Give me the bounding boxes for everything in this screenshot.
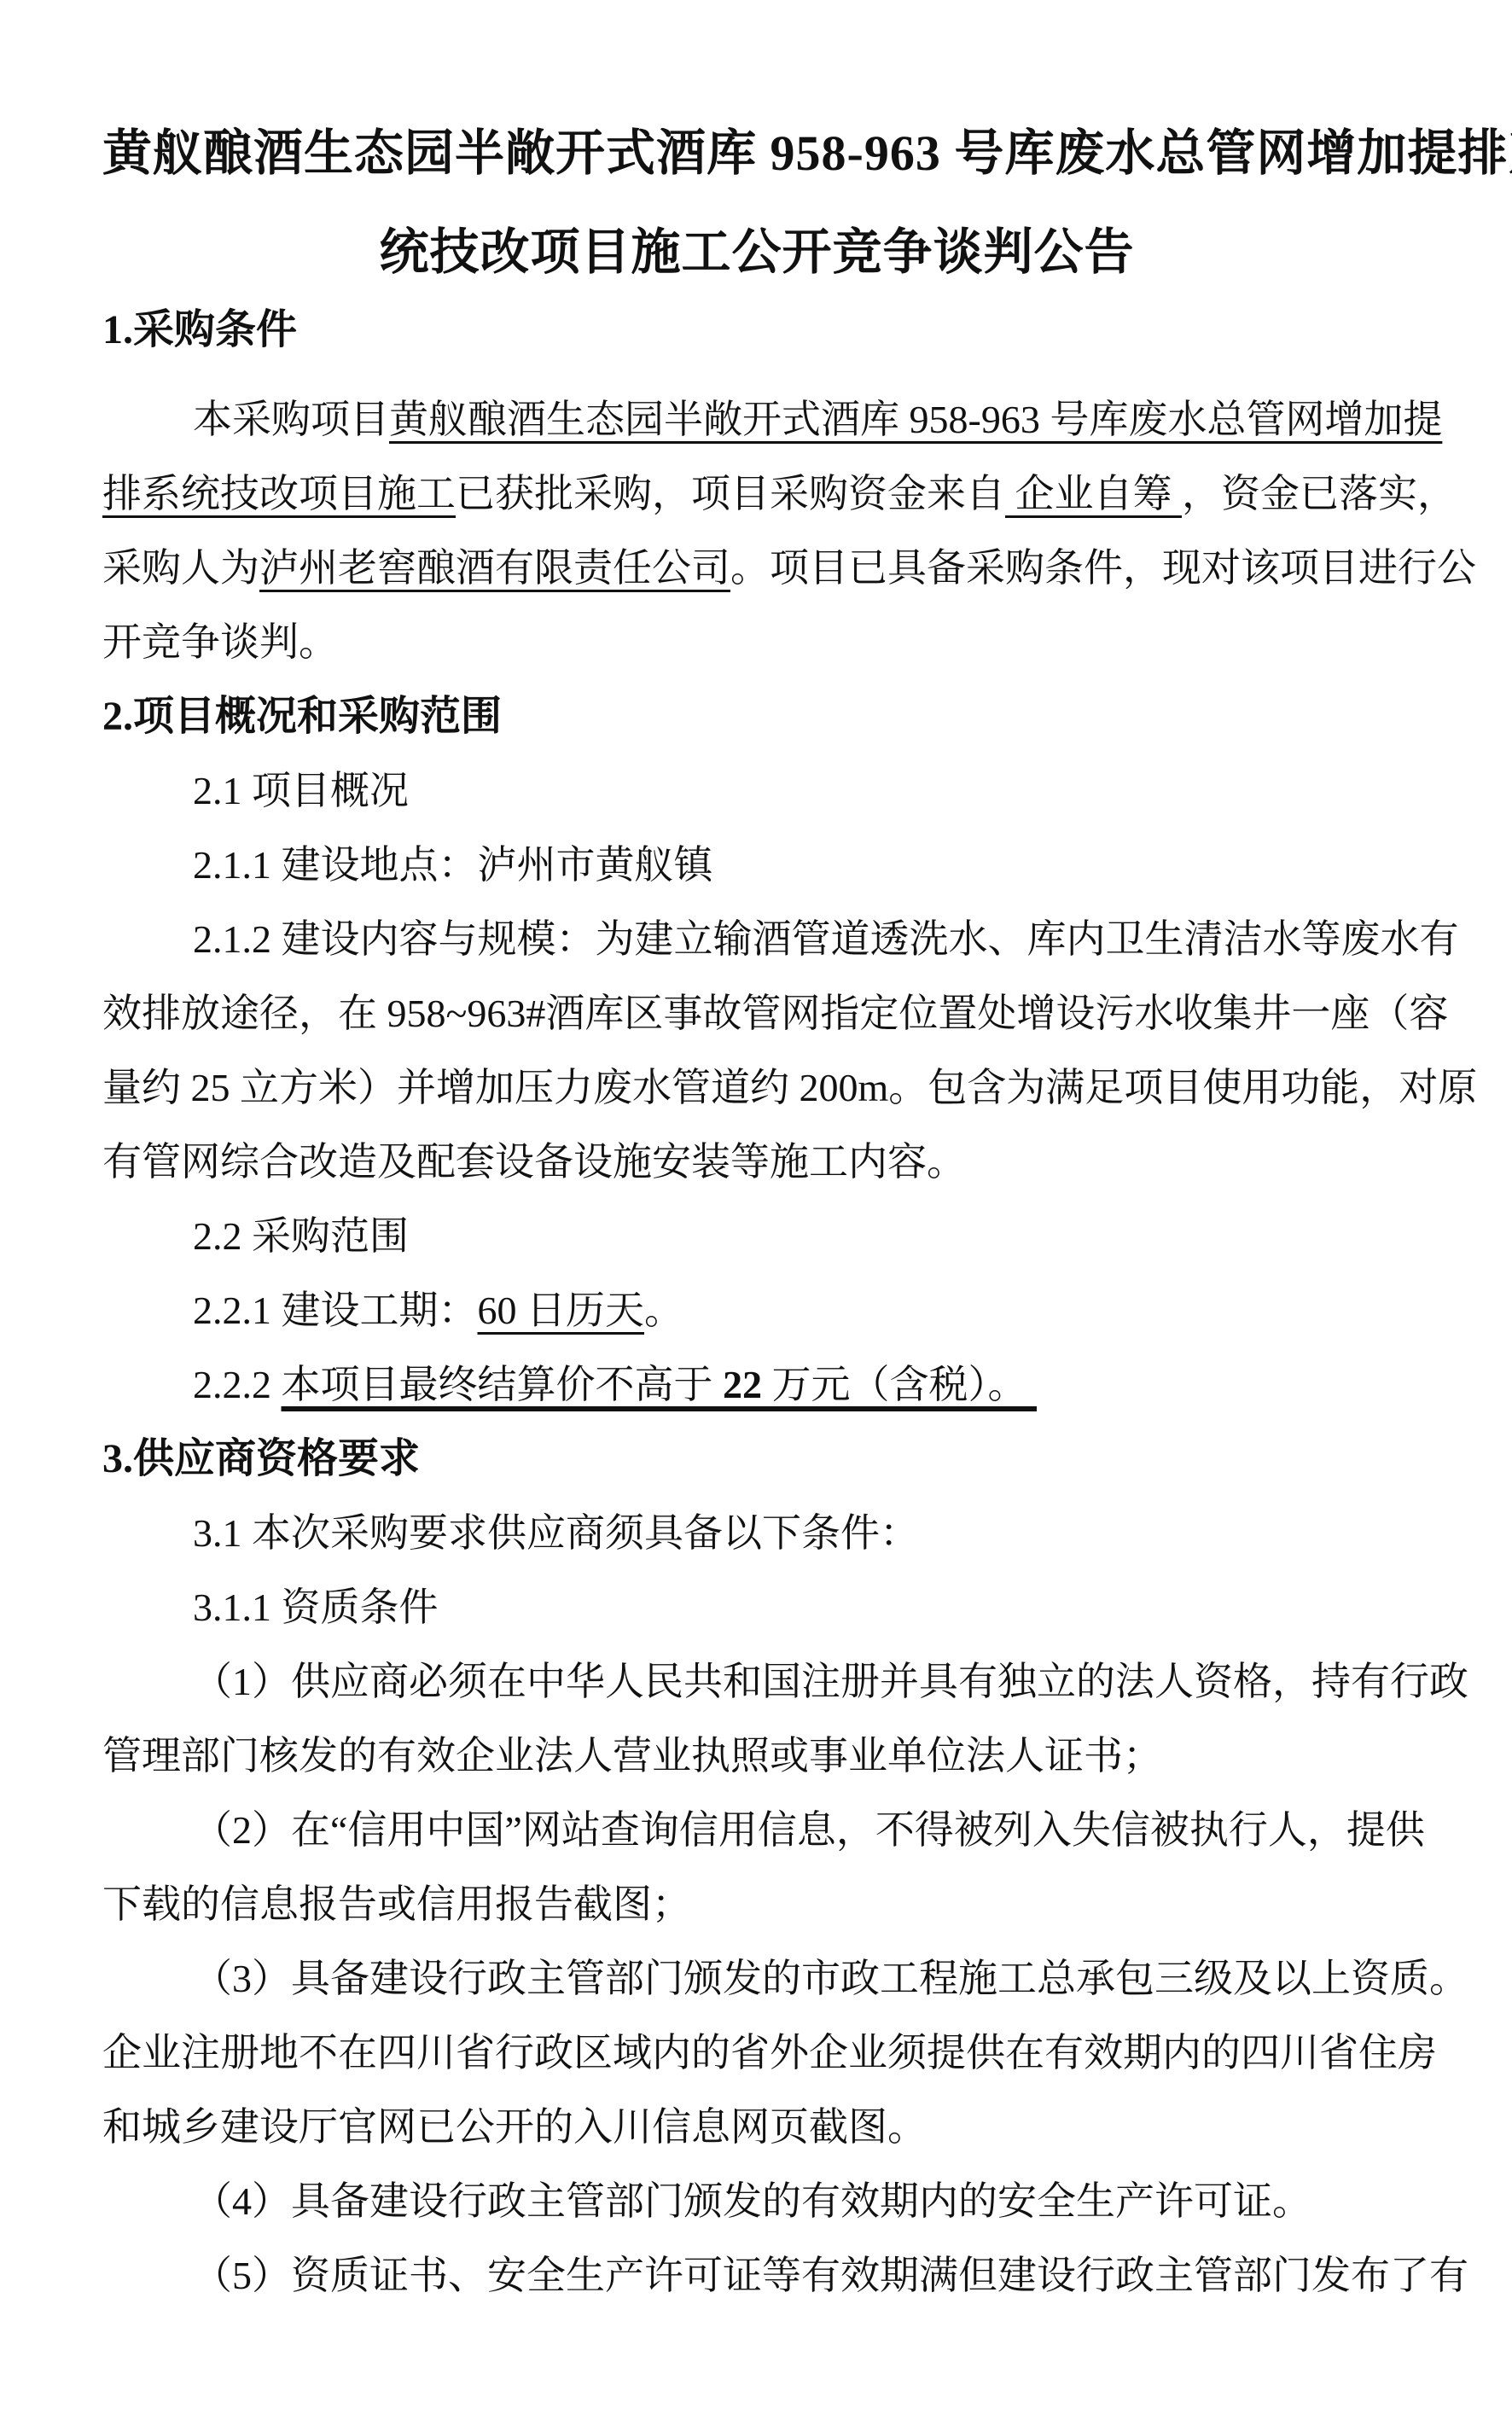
text-segment: 企业注册地不在四川省行政区域内的省外企业须提供在有效期内的四川省住房 (102, 2031, 1437, 2074)
text-segment: 3.供应商资格要求 (102, 1436, 420, 1481)
text-segment: 2.1 项目概况 (193, 769, 409, 812)
paragraph-line: 采购人为泸州老窖酿酒有限责任公司。项目已具备采购条件，现对该项目进行公 (102, 531, 1411, 605)
text-segment-underlined: 企业自筹 (1005, 472, 1182, 515)
paragraph-line: 排系统技改项目施工已获批采购，项目采购资金来自 企业自筹 ，资金已落实， (102, 457, 1411, 531)
text-segment: 开竞争谈判。 (102, 620, 338, 664)
paragraph-line: 3.1.1 资质条件 (102, 1570, 1411, 1644)
paragraph-line: （5）资质证书、安全生产许可证等有效期满但建设行政主管部门发布了有 (102, 2238, 1411, 2313)
text-segment-underlined: 本项目最终结算价不高于 (282, 1363, 724, 1406)
text-segment: （2）在“信用中国”网站查询信用信息，不得被列入失信被执行人，提供 (193, 1808, 1425, 1852)
text-segment: 量约 25 立方米）并增加压力废水管道约 200m。包含为满足项目使用功能，对原 (102, 1066, 1477, 1109)
text-segment: （4）具备建设行政主管部门颁发的有效期内的安全生产许可证。 (193, 2179, 1311, 2223)
paragraph-line: 2.1.2 建设内容与规模：为建立输酒管道透洗水、库内卫生清洁水等废水有 (102, 902, 1411, 976)
text-segment-underlined: 60 日历天 (478, 1289, 645, 1332)
paragraph-line: 2.2.1 建设工期：60 日历天。 (102, 1273, 1411, 1347)
text-segment: 和城乡建设厅官网已公开的入川信息网页截图。 (102, 2105, 927, 2149)
paragraph-line: 本采购项目黄舣酿酒生态园半敞开式酒库 958-963 号库废水总管网增加提 (102, 382, 1411, 457)
text-segment: （3）具备建设行政主管部门颁发的市政工程施工总承包三级及以上资质。 (193, 1957, 1468, 2000)
document-title: 黄舣酿酒生态园半敞开式酒库 958-963 号库废水总管网增加提排系统技改项目施… (102, 104, 1411, 302)
text-segment-underlined: 泸州老窖酿酒有限责任公司 (259, 546, 730, 590)
text-segment: 有管网综合改造及配套设备设施安装等施工内容。 (102, 1140, 966, 1184)
paragraph-line: 2.2 采购范围 (102, 1199, 1411, 1273)
text-segment: 3.1 本次采购要求供应商须具备以下条件： (193, 1511, 919, 1555)
paragraph-line: 量约 25 立方米）并增加压力废水管道约 200m。包含为满足项目使用功能，对原 (102, 1050, 1411, 1125)
text-segment-underlined: 22 (723, 1363, 762, 1406)
text-segment: 2.2.1 建设工期： (193, 1289, 478, 1332)
paragraph-line: 3.1 本次采购要求供应商须具备以下条件： (102, 1496, 1411, 1570)
paragraph-line: （3）具备建设行政主管部门颁发的市政工程施工总承包三级及以上资质。 (102, 1941, 1411, 2016)
text-segment: 。 (644, 1289, 683, 1332)
document-title-line: 统技改项目施工公开竞争谈判公告 (102, 203, 1411, 302)
paragraph-line: 2.2.2 本项目最终结算价不高于 22 万元（含税）。 (102, 1347, 1411, 1422)
paragraph-line: 效排放途径，在 958~963#酒库区事故管网指定位置处增设污水收集井一座（容 (102, 976, 1411, 1050)
text-segment: 3.1.1 资质条件 (193, 1585, 439, 1629)
paragraph-line: 2.1 项目概况 (102, 753, 1411, 828)
paragraph-line: 企业注册地不在四川省行政区域内的省外企业须提供在有效期内的四川省住房 (102, 2016, 1411, 2090)
text-segment: （5）资质证书、安全生产许可证等有效期满但建设行政主管部门发布了有 (193, 2254, 1468, 2297)
text-segment-underlined: 排系统技改项目施工 (102, 472, 456, 515)
document-title-line: 黄舣酿酒生态园半敞开式酒库 958-963 号库废水总管网增加提排系 (102, 104, 1411, 203)
text-segment: 管理部门核发的有效企业法人营业执照或事业单位法人证书； (102, 1734, 1162, 1777)
section-heading: 3.供应商资格要求 (102, 1422, 1411, 1496)
text-segment: 本采购项目 (193, 398, 389, 441)
text-segment: ，资金已落实， (1182, 472, 1457, 515)
text-segment: （1）供应商必须在中华人民共和国注册并具有独立的法人资格，持有行政 (193, 1660, 1468, 1703)
paragraph-line: （4）具备建设行政主管部门颁发的有效期内的安全生产许可证。 (102, 2164, 1411, 2238)
text-segment: 2.2.2 (193, 1363, 282, 1406)
text-segment: 2.1.2 建设内容与规模：为建立输酒管道透洗水、库内卫生清洁水等废水有 (193, 917, 1459, 961)
document-body: 1.采购条件本采购项目黄舣酿酒生态园半敞开式酒库 958-963 号库废水总管网… (102, 308, 1411, 2313)
text-segment: 已获批采购，项目采购资金来自 (456, 472, 1005, 515)
text-segment: 2.2 采购范围 (193, 1214, 409, 1258)
text-segment: 1.采购条件 (102, 307, 297, 352)
paragraph-line: （1）供应商必须在中华人民共和国注册并具有独立的法人资格，持有行政 (102, 1644, 1411, 1719)
paragraph-line: 2.1.1 建设地点：泸州市黄舣镇 (102, 828, 1411, 902)
section-heading: 2.项目概况和采购范围 (102, 679, 1411, 753)
paragraph-line: （2）在“信用中国”网站查询信用信息，不得被列入失信被执行人，提供 (102, 1793, 1411, 1867)
text-segment: 2.1.1 建设地点：泸州市黄舣镇 (193, 843, 713, 887)
paragraph-line: 和城乡建设厅官网已公开的入川信息网页截图。 (102, 2090, 1411, 2164)
text-segment: 采购人为 (102, 546, 259, 590)
paragraph-line: 开竞争谈判。 (102, 605, 1411, 679)
text-segment-underlined: 黄舣酿酒生态园半敞开式酒库 958-963 号库废水总管网增加提 (389, 398, 1442, 441)
paragraph-line: 下载的信息报告或信用报告截图； (102, 1867, 1411, 1941)
paragraph-line: 管理部门核发的有效企业法人营业执照或事业单位法人证书； (102, 1719, 1411, 1793)
text-segment: 效排放途径，在 958~963#酒库区事故管网指定位置处增设污水收集井一座（容 (102, 992, 1448, 1035)
text-segment: 2.项目概况和采购范围 (102, 694, 502, 739)
document-page: 黄舣酿酒生态园半敞开式酒库 958-963 号库废水总管网增加提排系统技改项目施… (0, 0, 1512, 2432)
text-segment: 下载的信息报告或信用报告截图； (102, 1882, 691, 1926)
text-segment: 。项目已具备采购条件，现对该项目进行公 (730, 546, 1476, 590)
text-segment-underlined: 万元（含税）。 (762, 1363, 1037, 1406)
paragraph-line: 有管网综合改造及配套设备设施安装等施工内容。 (102, 1125, 1411, 1199)
section-heading: 1.采购条件 (102, 293, 1411, 367)
